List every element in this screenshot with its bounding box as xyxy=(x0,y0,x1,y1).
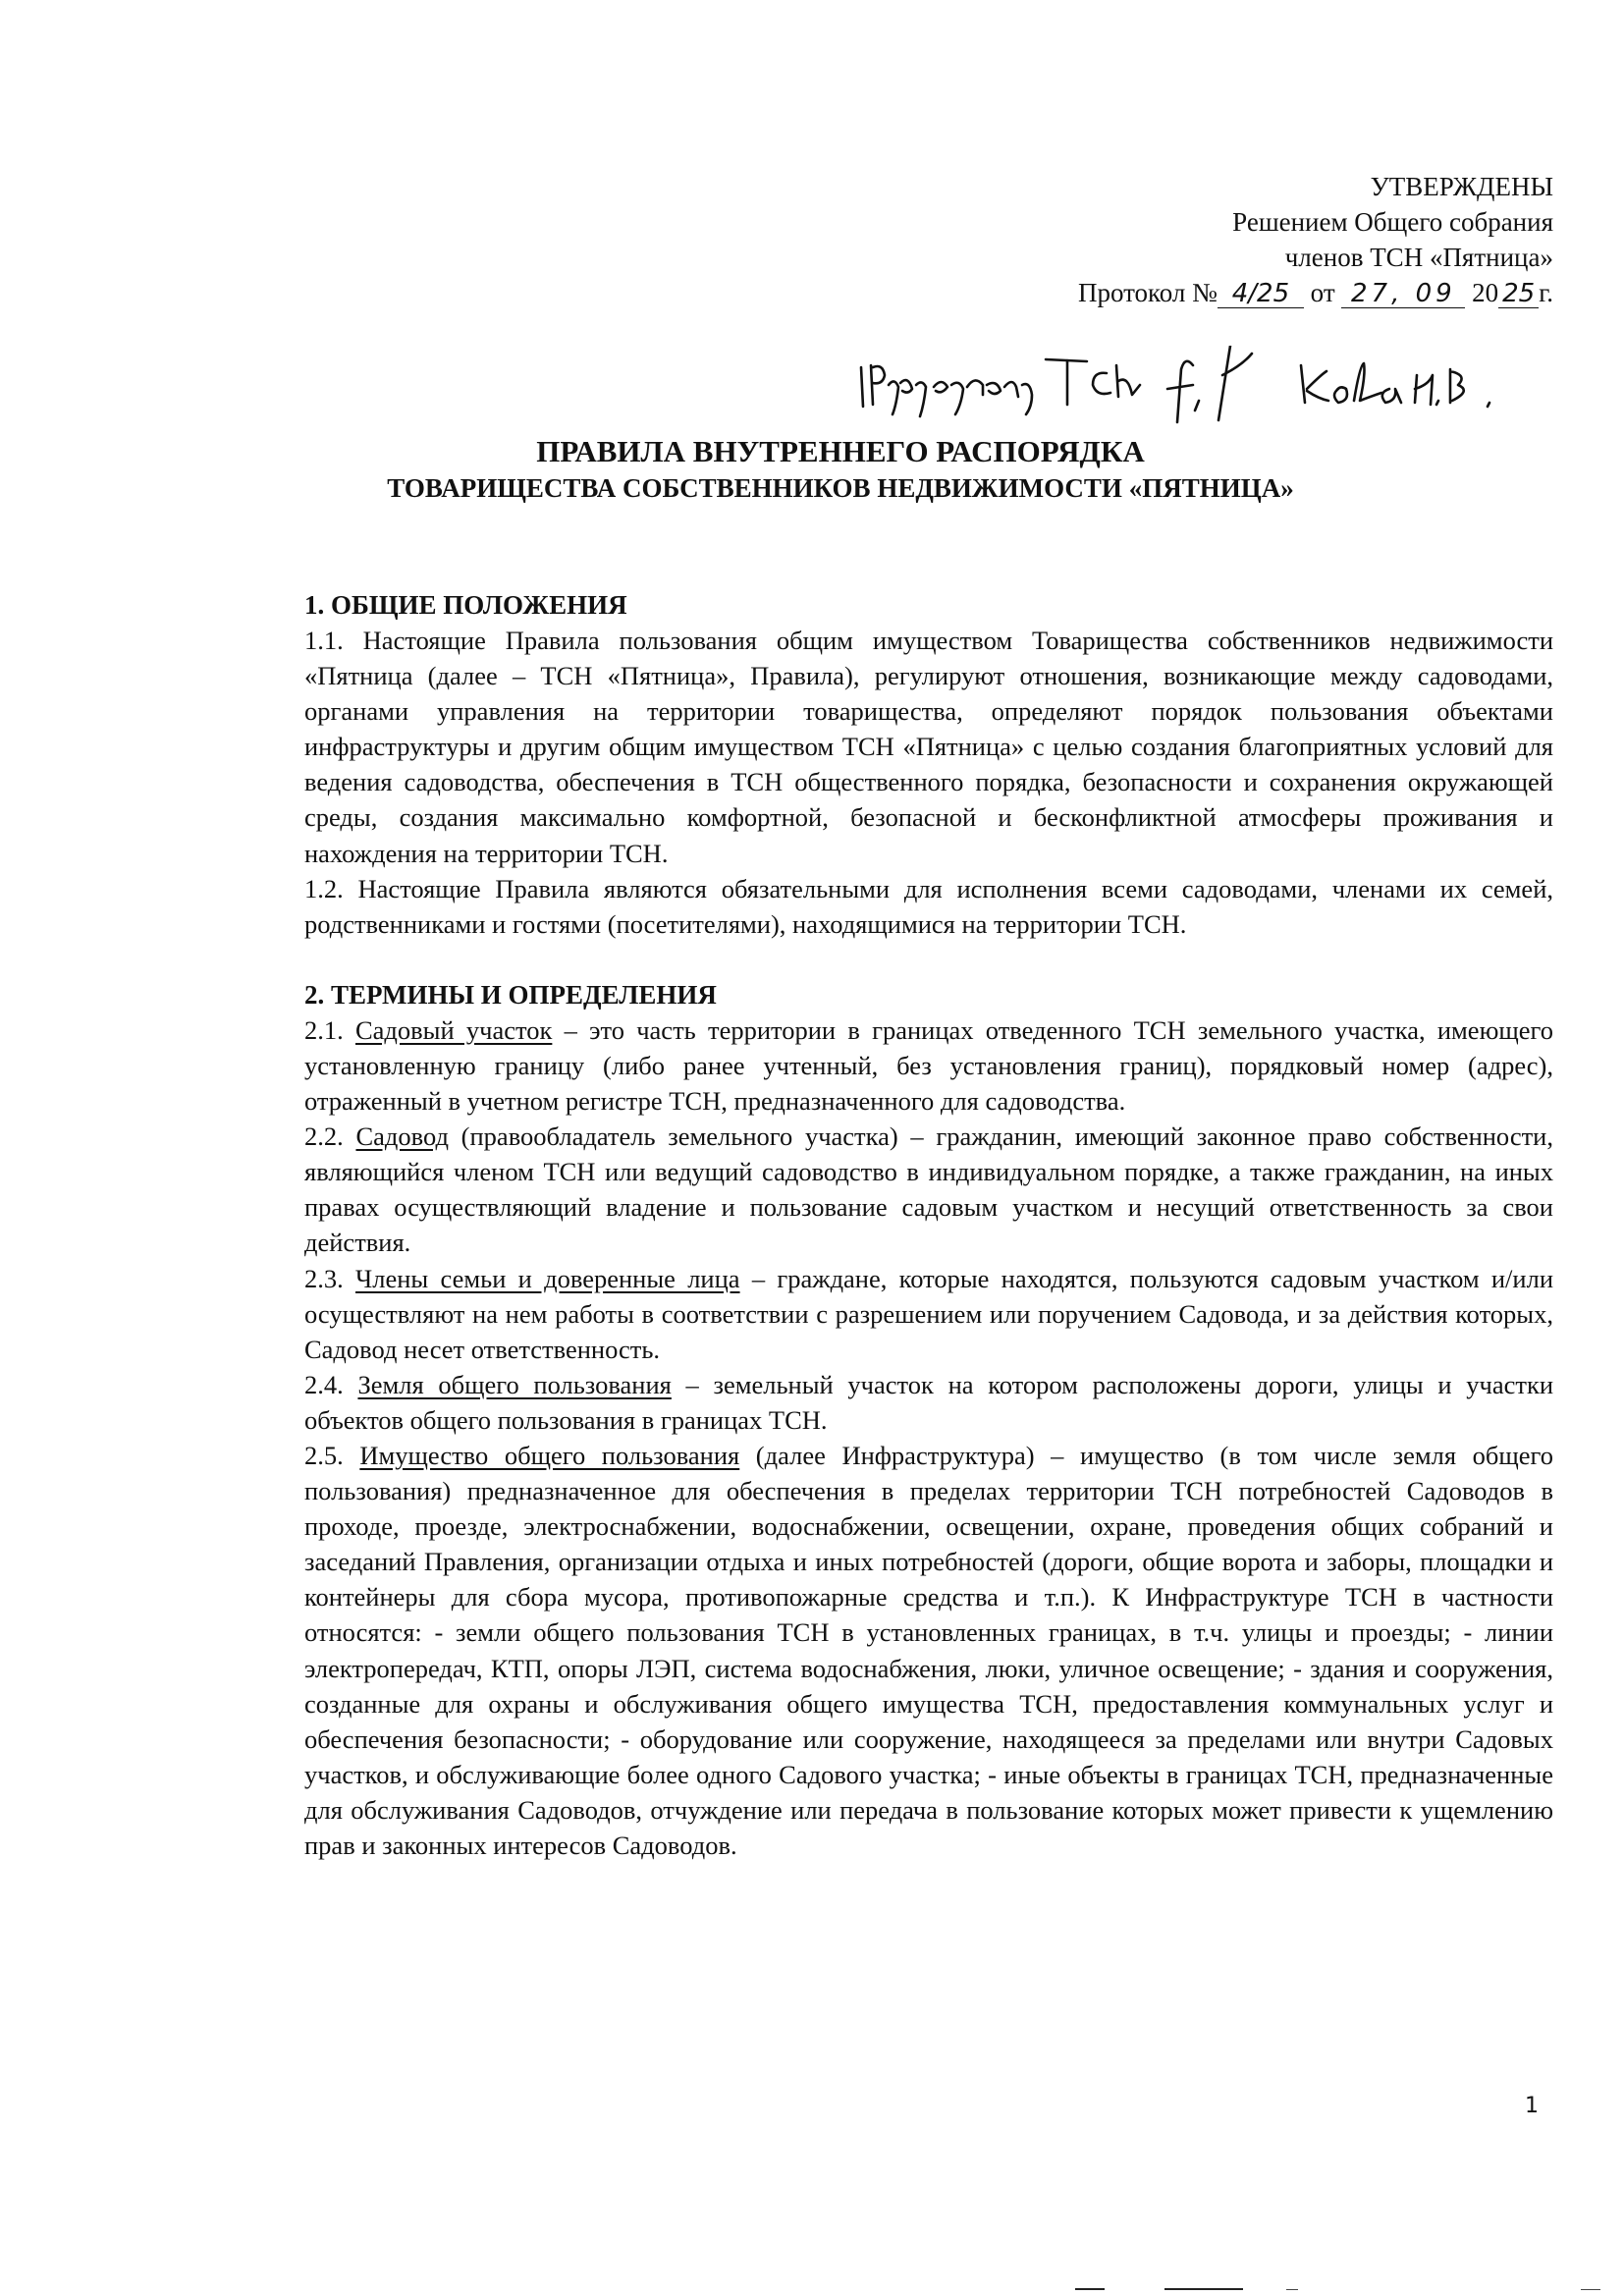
clause-number: 1.1. xyxy=(304,626,344,655)
protocol-number: 4/25 xyxy=(1218,280,1304,308)
defined-term: Члены семьи и доверенные лица xyxy=(355,1264,740,1293)
document-body: 1. ОБЩИЕ ПОЛОЖЕНИЯ 1.1. Настоящие Правил… xyxy=(304,587,1553,1863)
clause-2-1: 2.1. Садовый участок – это часть террито… xyxy=(304,1012,1553,1119)
clause-1-2: 1.2. Настоящие Правила являются обязател… xyxy=(304,871,1553,942)
defined-term: Имущество общего пользования xyxy=(359,1441,739,1470)
clause-2-3: 2.3. Члены семьи и доверенные лица – гра… xyxy=(304,1261,1553,1367)
approval-decision: Решением Общего собрания xyxy=(1078,204,1553,240)
section-2-heading: 2. ТЕРМИНЫ И ОПРЕДЕЛЕНИЯ xyxy=(304,977,1553,1012)
clause-text: (правообладатель земельного участка) – г… xyxy=(304,1121,1553,1257)
scan-artifact-marks xyxy=(0,2286,1624,2292)
approval-members: членов ТСН «Пятница» xyxy=(1078,240,1553,275)
protocol-year-end: г. xyxy=(1539,278,1553,307)
section-1-heading: 1. ОБЩИЕ ПОЛОЖЕНИЯ xyxy=(304,587,1553,623)
clause-text: Настоящие Правила являются обязательными… xyxy=(304,874,1553,939)
protocol-year-suffix: 25 xyxy=(1498,280,1539,308)
defined-term: Земля общего пользования xyxy=(357,1370,671,1399)
clause-number: 2.3. xyxy=(304,1264,344,1293)
clause-number: 1.2. xyxy=(304,874,344,903)
protocol-year-prefix: 20 xyxy=(1472,278,1498,307)
signature-icon xyxy=(839,346,1586,424)
defined-term: Садовый участок xyxy=(355,1015,552,1045)
approval-protocol: Протокол №4/25 от 27, 09 2025г. xyxy=(1078,275,1553,310)
title-line-2: ТОВАРИЩЕСТВА СОБСТВЕННИКОВ НЕДВИЖИМОСТИ … xyxy=(0,471,1624,505)
document-page: УТВЕРЖДЕНЫ Решением Общего собрания член… xyxy=(0,0,1624,2296)
protocol-label: Протокол № xyxy=(1078,278,1218,307)
protocol-date: 27, 09 xyxy=(1341,280,1465,308)
clause-2-2: 2.2. Садовод (правообладатель земельного… xyxy=(304,1119,1553,1260)
defined-term: Садовод xyxy=(355,1121,448,1151)
clause-text: (далее Инфраструктура) – имущество (в то… xyxy=(304,1441,1553,1860)
protocol-from-label: от xyxy=(1311,278,1335,307)
clause-1-1: 1.1. Настоящие Правила пользования общим… xyxy=(304,623,1553,871)
clause-text: Настоящие Правила пользования общим имущ… xyxy=(304,626,1553,868)
title-line-1: ПРАВИЛА ВНУТРЕННЕГО РАСПОРЯДКА xyxy=(0,432,1624,471)
document-title: ПРАВИЛА ВНУТРЕННЕГО РАСПОРЯДКА ТОВАРИЩЕС… xyxy=(0,432,1624,505)
clause-2-4: 2.4. Земля общего пользования – земельны… xyxy=(304,1367,1553,1438)
clause-number: 2.1. xyxy=(304,1015,344,1045)
clause-2-5: 2.5. Имущество общего пользования (далее… xyxy=(304,1438,1553,1863)
clause-number: 2.5. xyxy=(304,1441,344,1470)
page-number: 1 xyxy=(1525,2094,1539,2118)
section-gap xyxy=(304,942,1553,977)
approval-heading: УТВЕРЖДЕНЫ xyxy=(1078,169,1553,204)
clause-number: 2.4. xyxy=(304,1370,344,1399)
handwritten-signature-line xyxy=(839,346,1586,424)
clause-number: 2.2. xyxy=(304,1121,344,1151)
approval-block: УТВЕРЖДЕНЫ Решением Общего собрания член… xyxy=(1078,169,1553,310)
